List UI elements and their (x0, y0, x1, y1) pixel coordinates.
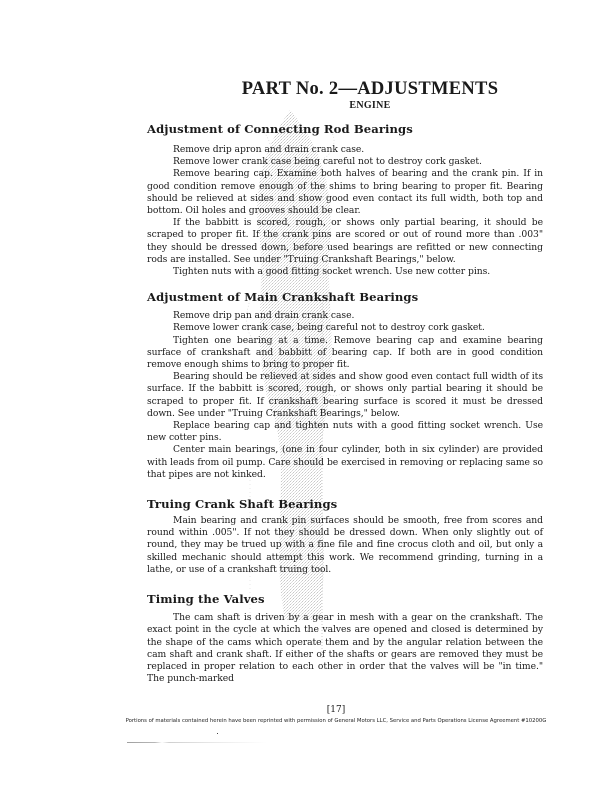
section-truing-crank-shaft-bearings: Truing Crank Shaft Bearings Main bearing… (147, 497, 543, 576)
paragraph: Remove drip pan and drain crank case. (147, 310, 543, 322)
scan-artifact-line (127, 742, 267, 743)
paragraph: Bearing should be relieved at sides and … (147, 371, 543, 420)
section-heading: Adjustment of Connecting Rod Bearings (147, 122, 543, 136)
paragraph: The cam shaft is driven by a gear in mes… (147, 612, 543, 685)
section-main-crankshaft-bearings: Adjustment of Main Crankshaft Bearings R… (147, 290, 543, 481)
paragraph: Main bearing and crank pin surfaces shou… (147, 515, 543, 576)
section-connecting-rod-bearings: Adjustment of Connecting Rod Bearings Re… (147, 122, 543, 278)
section-heading: Truing Crank Shaft Bearings (147, 497, 543, 511)
paragraph: Center main bearings, (one in four cylin… (147, 444, 543, 481)
document-page: PART No. 2—ADJUSTMENTS ENGINE Adjustment… (0, 0, 612, 792)
section-heading: Timing the Valves (147, 592, 543, 606)
paragraph: Tighten nuts with a good fitting socket … (147, 266, 543, 278)
paragraph: Remove lower crank case, being careful n… (147, 322, 543, 334)
paragraph: Remove lower crank case being careful no… (147, 156, 543, 168)
paragraph: Tighten one bearing at a time. Remove be… (147, 335, 543, 372)
section-heading: Adjustment of Main Crankshaft Bearings (147, 290, 543, 304)
part-title: PART No. 2—ADJUSTMENTS (197, 78, 543, 100)
document-body: PART No. 2—ADJUSTMENTS ENGINE Adjustment… (147, 78, 543, 685)
paragraph: Replace bearing cap and tighten nuts wit… (147, 420, 543, 444)
scan-artifact-dot (217, 733, 218, 734)
license-footer: Portions of materials contained herein h… (0, 718, 612, 724)
page-number: [17] (0, 705, 612, 715)
section-subtitle: ENGINE (197, 100, 543, 112)
paragraph: Remove bearing cap. Examine both halves … (147, 168, 543, 217)
paragraph: Remove drip apron and drain crank case. (147, 144, 543, 156)
paragraph: If the babbitt is scored, rough, or show… (147, 217, 543, 266)
section-timing-the-valves: Timing the Valves The cam shaft is drive… (147, 592, 543, 685)
